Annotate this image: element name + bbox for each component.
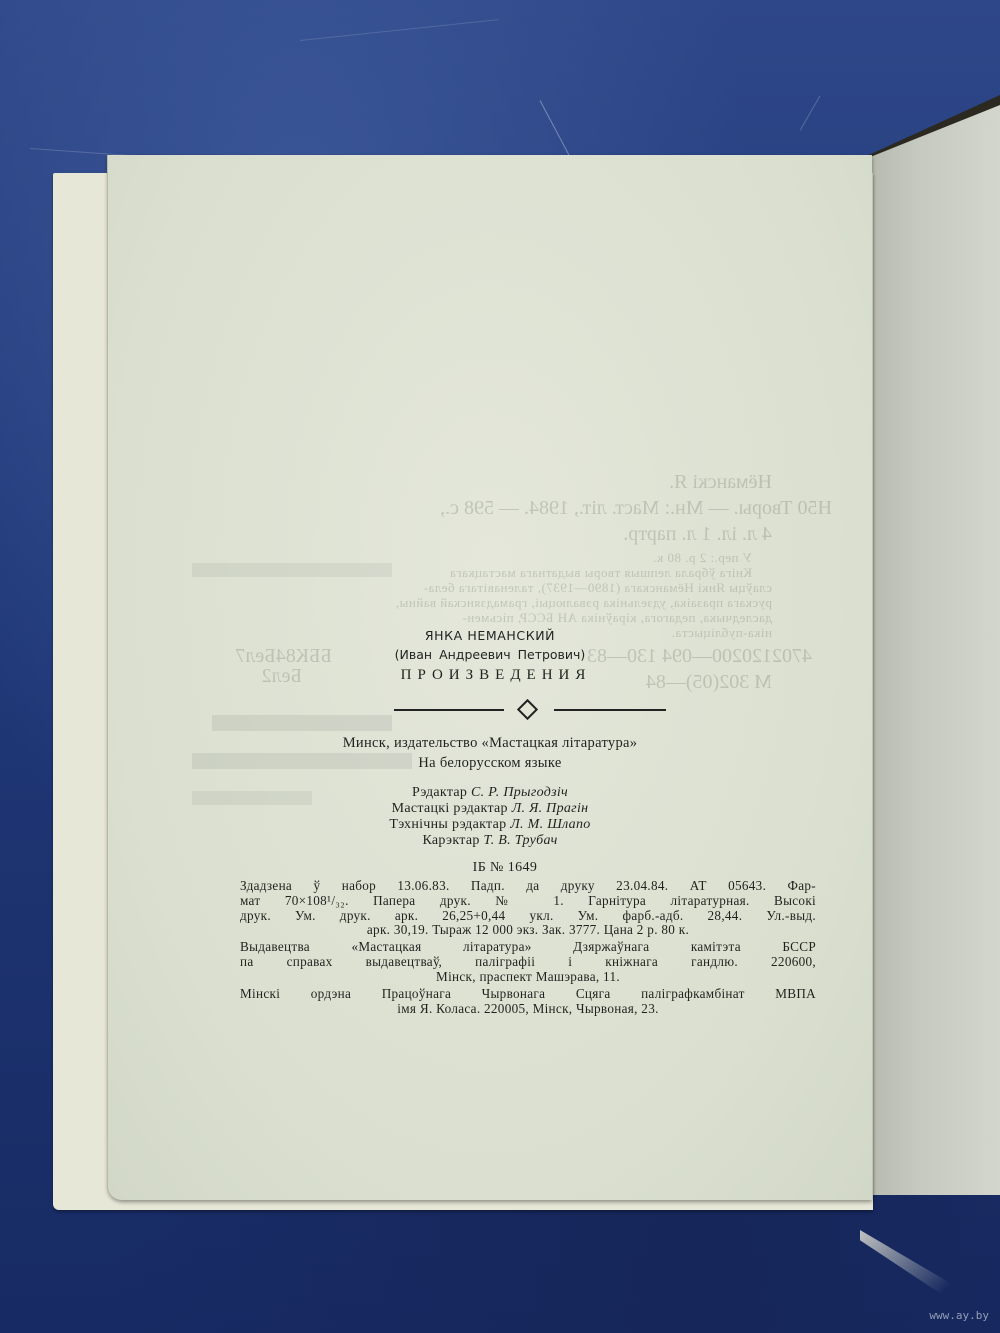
credit-name: Т. В. Трубач <box>484 833 558 848</box>
title-verso-content: ЯНКА НЕМАНСКИЙ (Иван Андреевич Петрович)… <box>108 155 872 1200</box>
credit-role: Карэктар <box>422 833 479 848</box>
imprint-line: па справах выдавецтваў, паліграфіі і кні… <box>240 955 816 970</box>
language-line: На белорусском языке <box>108 755 872 772</box>
imprint-line: мат 70×108¹/₃₂. Папера друк. № 1. Гарніт… <box>240 894 816 909</box>
credit-name: С. Р. Прыгодзіч <box>471 785 568 800</box>
imprint-print-data: Здадзена ў набор 13.06.83. Падп. да друк… <box>240 879 816 938</box>
imprint-line: Выдавецтва «Мастацкая літаратура» Дзяржа… <box>240 940 816 955</box>
credit-role: Рэдактар <box>412 785 467 800</box>
ornamental-divider <box>394 699 668 723</box>
credit-row: Рэдактар С. Р. Прыгодзіч <box>108 785 872 801</box>
credit-row: Тэхнічны рэдактар Л. М. Шлапо <box>108 817 872 833</box>
table-scratch <box>300 19 499 41</box>
ib-number: ІБ № 1649 <box>108 860 872 876</box>
author-name: ЯНКА НЕМАНСКИЙ <box>108 628 872 643</box>
credit-row: Карэктар Т. В. Трубач <box>108 833 872 849</box>
imprint-line: друк. Ум. друк. арк. 26,25+0,44 укл. Ум.… <box>240 909 816 924</box>
imprint-publisher: Выдавецтва «Мастацкая літаратура» Дзяржа… <box>240 940 816 984</box>
imprint-line: Мінск, праспект Машэрава, 11. <box>240 970 816 985</box>
divider-line-left <box>394 709 504 711</box>
book-page: Нёманскі Я. Н50 Творы. — Мн.: Маст. літ.… <box>108 155 872 1200</box>
author-real-name: (Иван Андреевич Петрович) <box>108 647 872 662</box>
credit-role: Мастацкі рэдактар <box>392 801 508 816</box>
credit-name: Л. Я. Прагін <box>512 801 589 816</box>
publisher-line: Минск, издательство «Мастацкая літаратур… <box>108 735 872 752</box>
site-watermark: www.ay.by <box>929 1309 989 1322</box>
divider-line-right <box>554 709 666 711</box>
table-scratch <box>540 100 574 162</box>
imprint-line: Мінскі ордэна Працоўнага Чырвонага Сцяга… <box>240 987 816 1002</box>
credit-name: Л. М. Шлапо <box>510 817 590 832</box>
credit-row: Мастацкі рэдактар Л. Я. Прагін <box>108 801 872 817</box>
table-scratch <box>800 96 821 131</box>
book-title: ПРОИЗВЕДЕНИЯ <box>108 667 878 684</box>
imprint-printer: Мінскі ордэна Працоўнага Чырвонага Сцяга… <box>240 987 816 1017</box>
facing-page-edge <box>864 105 1000 1195</box>
imprint-line: арк. 30,19. Тыраж 12 000 экз. Зак. 3777.… <box>240 923 816 938</box>
diamond-ornament-icon <box>517 699 538 720</box>
editorial-credits: Рэдактар С. Р. Прыгодзіч Мастацкі рэдакт… <box>108 785 872 849</box>
imprint-line: Здадзена ў набор 13.06.83. Падп. да друк… <box>240 879 816 894</box>
credit-role: Тэхнічны рэдактар <box>389 817 506 832</box>
imprint-line: імя Я. Коласа. 220005, Мінск, Чырвоная, … <box>240 1002 816 1017</box>
